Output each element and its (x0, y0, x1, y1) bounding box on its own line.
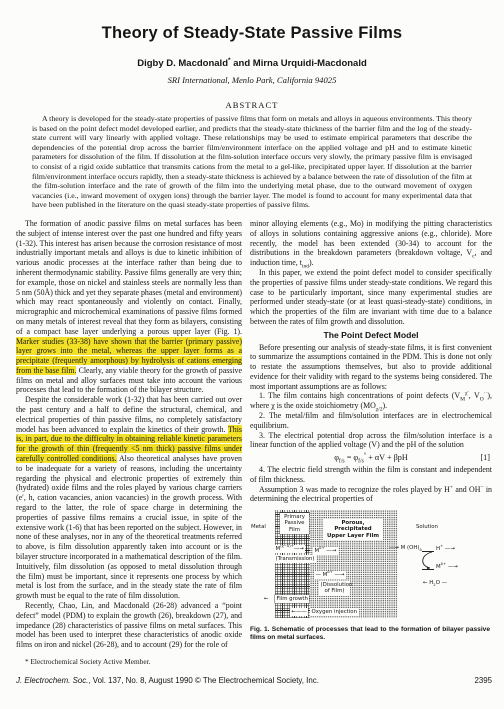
paragraph: In this paper, we extend the point defec… (250, 268, 492, 327)
oxygen-injection-arrow: ←—— (290, 608, 308, 616)
water-label: ← H2O — (423, 580, 447, 586)
dissolution-caption: (Dissolution of Film) (319, 581, 350, 595)
abstract-heading: ABSTRACT (0, 100, 504, 110)
film-growth-arrow: ← (264, 596, 269, 602)
paragraph: Assumption 3 was made to recognize the r… (250, 485, 492, 505)
transmitted-cation-label: Mδ+ —→ (313, 547, 338, 555)
metal-region-label: Metal (251, 524, 266, 530)
film-growth-label: Film growth (275, 595, 309, 603)
paragraph: Despite the considerable work (1-32) tha… (16, 395, 242, 601)
section-heading: The Point Defect Model (250, 331, 492, 341)
journal-page: Theory of Steady-State Passive Films Dig… (0, 0, 504, 709)
abstract-text: A theory is developed for the steady-sta… (32, 114, 472, 210)
proton-label: H+ —→ (436, 546, 455, 552)
figure-1-schematic: Metal Primary Passive Film Porous, Preci… (250, 508, 492, 620)
interface-line-bottom (422, 569, 434, 570)
upper-layer-film-label: Porous, Precipitated Upper Layer Film (323, 519, 383, 540)
solution-region-label: Solution (416, 524, 438, 530)
authors: Digby D. Macdonald* and Mirna Urquidi-Ma… (0, 58, 504, 69)
right-column: minor alloying elements (e.g., Mo) in mo… (250, 219, 492, 667)
transmission-species-label: M(χ−δ)+—→ (274, 545, 305, 553)
assumption-1: 1. The film contains high concentrations… (250, 391, 492, 411)
paragraph: minor alloying elements (e.g., Mo) in mo… (250, 219, 492, 268)
left-column: The formation of anodic passive films on… (16, 219, 242, 667)
transmission-caption: (Transmission) (274, 555, 316, 563)
oxygen-injection-label: Oxygen injection (310, 608, 359, 616)
paragraph: Before presenting our analysis of steady… (250, 343, 492, 392)
exchange-curve-arrow (417, 551, 435, 571)
equation-1: φf/s = φf/s° + αV + βpH [1] (250, 453, 492, 463)
equation-body: φf/s = φf/s° + αV + βpH (334, 453, 408, 462)
dissolution-cation-label: — Mδ+ —→ (314, 571, 346, 579)
page-number: 2395 (474, 676, 492, 685)
member-footnote: * Electrochemical Society Active Member. (16, 657, 242, 667)
affiliation: SRI International, Menlo Park, Californi… (0, 75, 504, 85)
page-title: Theory of Steady-State Passive Films (10, 24, 494, 43)
paragraph: Recently, Chao, Lin, and Macdonald (26-2… (16, 601, 242, 650)
assumption-4: 4. The electric field strength within th… (250, 465, 492, 485)
paragraph: The formation of anodic passive films on… (16, 219, 242, 395)
solution-cation-label: Mδ+ —→ (436, 564, 458, 570)
journal-citation: J. Electrochem. Soc., Vol. 137, No. 8, A… (16, 676, 319, 685)
primary-passive-film-label: Primary Passive Film (280, 513, 309, 534)
body-columns: The formation of anodic passive films on… (16, 219, 492, 667)
page-footer: J. Electrochem. Soc., Vol. 137, No. 8, A… (16, 676, 492, 685)
assumption-3: 3. The electrical potential drop across … (250, 431, 492, 451)
assumption-2: 2. The metal/film and film/solution inte… (250, 411, 492, 431)
figure-1-caption: Fig. 1. Schematic of processes that lead… (250, 626, 490, 642)
equation-number: [1] (480, 453, 490, 463)
